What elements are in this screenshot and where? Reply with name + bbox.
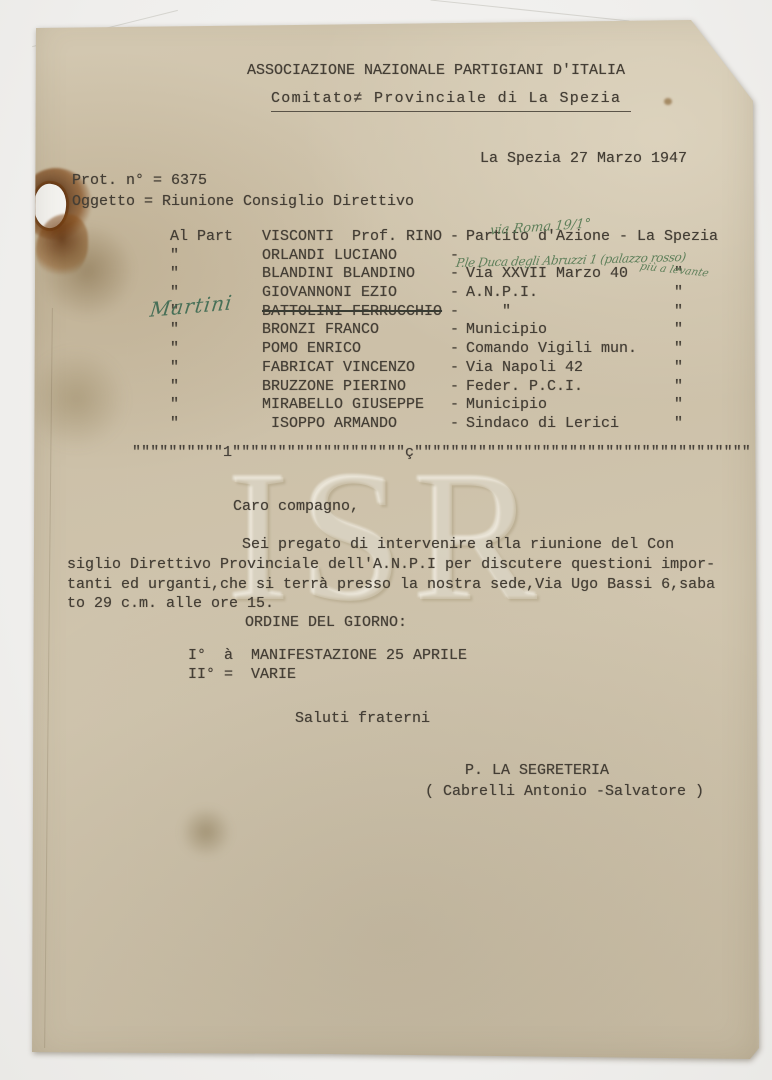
attendee-ditto-or-lead: " <box>170 265 179 282</box>
agenda-item: II° = VARIE <box>188 666 296 684</box>
attendee-location: Feder. P.C.I. <box>466 378 583 395</box>
attendee-dash: - <box>450 415 459 432</box>
closing-salute: Saluti fraterni <box>295 710 430 728</box>
handwritten-note: più a levante <box>639 261 711 280</box>
dateline: La Spezia 27 Marzo 1947 <box>480 150 687 168</box>
attendee-ditto-or-lead: " <box>170 415 179 432</box>
faded-stain <box>24 350 128 448</box>
attendee-dash: - <box>450 228 459 245</box>
handwritten-address-annotation: P.le Duca degli Abruzzi 1 (palazzo rosso… <box>455 250 687 270</box>
handwritten-address-annotation: via Roma 19/1° <box>489 216 591 238</box>
handwritten-margin-note: Martini <box>149 290 234 322</box>
attendee-location: Partito d'Azione - La Spezia <box>466 228 718 245</box>
paragraph-line: siglio Direttivo Provinciale dell'A.N.P.… <box>67 556 715 574</box>
attendee-dash: - <box>450 340 459 357</box>
paragraph-line: Sei pregato di intervenire alla riunione… <box>242 536 674 554</box>
protocol-number-line: Prot. n° = 6375 <box>72 172 207 190</box>
attendee-row: " BATTOLINI FERRUCCHIO - " " <box>28 303 760 322</box>
tiny-spot <box>664 98 672 105</box>
attendee-ditto-or-lead: " <box>170 303 179 320</box>
attendee-trailing-ditto: " <box>674 284 683 301</box>
attendee-trailing-ditto: " <box>674 396 683 413</box>
attendee-ditto-or-lead: Al Part <box>170 228 233 245</box>
attendee-location: Comando Vigili mun. <box>466 340 637 357</box>
burn-stain-tail <box>36 214 88 278</box>
attendee-row: " GIOVANNONI EZIO - A.N.P.I. " <box>28 284 760 303</box>
attendee-dash: - <box>450 265 459 282</box>
attendee-trailing-ditto: " <box>674 415 683 432</box>
attendee-row: " POMO ENRICO - Comando Vigili mun. " <box>28 340 760 359</box>
attendee-name: ORLANDI LUCIANO <box>262 247 397 264</box>
attendee-location: A.N.P.I. <box>466 284 538 301</box>
attendee-name: GIOVANNONI EZIO <box>262 284 397 301</box>
attendee-ditto-or-lead: " <box>170 378 179 395</box>
burn-stain-ring <box>20 168 92 240</box>
attendee-name: BRUZZONE PIERINO <box>262 378 406 395</box>
attendee-row: " ISOPPO ARMANDO - Sindaco di Lerici " <box>28 415 760 434</box>
attendee-location: Via Napoli 42 <box>466 359 583 376</box>
attendee-ditto-or-lead: " <box>170 359 179 376</box>
attendee-ditto-or-lead: " <box>170 284 179 301</box>
attendee-name: POMO ENRICO <box>262 340 361 357</box>
document-page-wrapper: ISR ASSOCIAZIONE NAZIONALE PARTIGIANI D'… <box>28 8 760 1064</box>
attendee-list: Al Part VISCONTI Prof. RINO - Partito d'… <box>28 228 760 434</box>
attendee-name: FABRICAT VINCENZO <box>262 359 415 376</box>
attendee-ditto-or-lead: " <box>170 247 179 264</box>
signature-name: ( Cabrelli Antonio -Salvatore ) <box>425 783 704 801</box>
attendee-row: " MIRABELLO GIUSEPPE - Municipio " <box>28 396 760 415</box>
attendee-dash: - <box>450 378 459 395</box>
organization-title: ASSOCIAZIONE NAZIONALE PARTIGIANI D'ITAL… <box>247 62 625 80</box>
attendee-name: BRONZI FRANCO <box>262 321 379 338</box>
attendee-trailing-ditto: " <box>674 265 683 282</box>
attendee-location: Municipio <box>466 321 547 338</box>
signature-role: P. LA SEGRETERIA <box>465 762 609 780</box>
attendee-name: MIRABELLO GIUSEPPE <box>262 396 424 413</box>
attendee-trailing-ditto: " <box>674 378 683 395</box>
attendee-name: VISCONTI Prof. RINO <box>262 228 442 245</box>
attendee-trailing-ditto: " <box>674 303 683 320</box>
attendee-location: Municipio <box>466 396 547 413</box>
attendee-row: " ORLANDI LUCIANO - <box>28 247 760 266</box>
attendee-trailing-ditto: " <box>674 321 683 338</box>
attendee-ditto-or-lead: " <box>170 321 179 338</box>
attendee-trailing-ditto: " <box>674 340 683 357</box>
salutation: Caro compagno, <box>233 498 359 516</box>
subject-line: Oggetto = Riunione Consiglio Direttivo <box>72 193 414 211</box>
agenda-item: I° à MANIFESTAZIONE 25 APRILE <box>188 647 467 665</box>
attendee-trailing-ditto: " <box>674 359 683 376</box>
attendee-dash: - <box>450 303 459 320</box>
attendee-location: Sindaco di Lerici <box>466 415 619 432</box>
attendee-row: " BRUZZONE PIERINO - Feder. P.C.I. " <box>28 378 760 397</box>
paper-crease <box>44 308 53 1048</box>
paragraph-line: tanti ed urganti,che si terrà presso la … <box>67 576 715 594</box>
attendee-name: BLANDINI BLANDINO <box>262 265 415 282</box>
attendee-ditto-or-lead: " <box>170 396 179 413</box>
attendee-dash: - <box>450 284 459 301</box>
attendee-name: BATTOLINI FERRUCCHIO <box>262 303 442 320</box>
attendee-dash: - <box>450 321 459 338</box>
agenda-title: ORDINE DEL GIORNO: <box>245 614 407 632</box>
document-page: ISR ASSOCIAZIONE NAZIONALE PARTIGIANI D'… <box>28 8 760 1064</box>
small-bottom-stain <box>178 808 234 856</box>
attendee-name: ISOPPO ARMANDO <box>262 415 397 432</box>
attendee-row: " BRONZI FRANCO - Municipio " <box>28 321 760 340</box>
typed-divider-line: """"""""""1"""""""""""""""""""ç"""""""""… <box>132 444 751 462</box>
attendee-location: " <box>466 303 511 320</box>
attendee-ditto-or-lead: " <box>170 340 179 357</box>
committee-title: Comitato≠ Provinciale di La Spezia <box>271 90 631 112</box>
brown-smear-stain <box>38 224 136 318</box>
attendee-dash: - <box>450 396 459 413</box>
attendee-location: Via XXVII Marzo 40 <box>466 265 628 282</box>
attendee-dash: - <box>450 247 459 264</box>
attendee-row: " FABRICAT VINCENZO - Via Napoli 42 " <box>28 359 760 378</box>
attendee-dash: - <box>450 359 459 376</box>
isr-embossed-watermark: ISR <box>228 444 547 630</box>
paragraph-line: to 29 c.m. alle ore 15. <box>67 595 274 613</box>
paper-hole <box>31 182 69 230</box>
attendee-row: " BLANDINI BLANDINO - Via XXVII Marzo 40… <box>28 265 760 284</box>
attendee-row: Al Part VISCONTI Prof. RINO - Partito d'… <box>28 228 760 247</box>
